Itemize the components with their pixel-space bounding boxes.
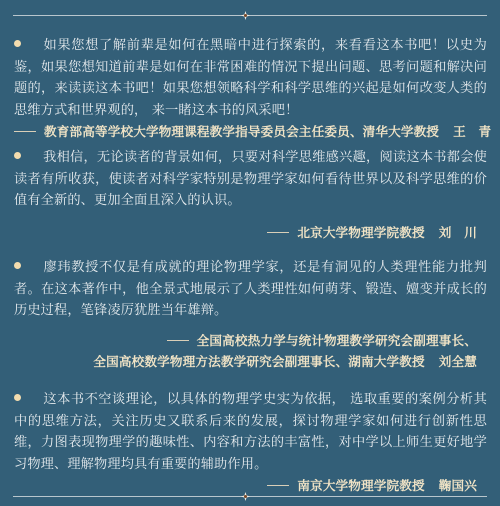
em-dash-line bbox=[167, 340, 189, 341]
author-name: 刘 川 bbox=[439, 225, 477, 240]
author-name: 王 青 bbox=[453, 124, 491, 139]
testimonial-text: 廖玮教授不仅是有成就的理论物理学家，还是有洞见的人类理性能力批判者。在这本著作中… bbox=[14, 257, 487, 322]
testimonial-3: 廖玮教授不仅是有成就的理论物理学家，还是有洞见的人类理性能力批判者。在这本著作中… bbox=[14, 257, 487, 372]
em-dash-line bbox=[267, 485, 289, 486]
author-title-line-1: 全国高校热力学与统计物理教学研究会副理事长、 bbox=[197, 333, 477, 348]
top-divider bbox=[13, 15, 487, 16]
testimonial-1: 如果您想了解前辈是如何在黑暗中进行探索的，来看看这本书吧！以史为鉴，如果您想知道… bbox=[14, 35, 487, 142]
em-dash-line bbox=[267, 232, 289, 233]
bullet-dot-icon bbox=[14, 40, 21, 47]
author-title-line-2: 全国高校数学物理方法教学研究会副理事长、湖南大学教授 bbox=[93, 354, 424, 369]
author-title: 北京大学物理学院教授 bbox=[297, 225, 424, 240]
bullet-dot-icon bbox=[14, 152, 21, 159]
author-title: 南京大学物理学院教授 bbox=[297, 478, 424, 493]
author-name: 鞠国兴 bbox=[439, 478, 477, 493]
testimonial-attribution: 全国高校热力学与统计物理教学研究会副理事长、 bbox=[14, 330, 487, 351]
testimonial-text: 这本书不空谈理论，以具体的物理学史实为依据， 选取重要的案例分析其中的思维方法，… bbox=[14, 389, 487, 475]
em-dash-line bbox=[14, 131, 36, 132]
testimonial-attribution-line-2: 全国高校数学物理方法教学研究会副理事长、湖南大学教授刘全慧 bbox=[14, 351, 487, 372]
star-ornament-icon bbox=[241, 492, 250, 501]
testimonial-attribution: 北京大学物理学院教授刘 川 bbox=[14, 222, 487, 243]
bottom-divider bbox=[13, 496, 487, 497]
testimonial-2: 我相信，无论读者的背景如何，只要对科学思维感兴趣，阅读这本书都会使读者有所收获，… bbox=[14, 147, 487, 243]
author-name: 刘全慧 bbox=[439, 354, 477, 369]
bullet-dot-icon bbox=[14, 262, 21, 269]
author-title: 教育部高等学校大学物理课程教学指导委员会主任委员、清华大学教授 bbox=[44, 124, 439, 139]
testimonial-4: 这本书不空谈理论，以具体的物理学史实为依据， 选取重要的案例分析其中的思维方法，… bbox=[14, 389, 487, 496]
star-ornament-icon bbox=[241, 11, 250, 20]
testimonial-text: 我相信，无论读者的背景如何，只要对科学思维感兴趣，阅读这本书都会使读者有所收获，… bbox=[14, 147, 487, 212]
testimonial-attribution: 南京大学物理学院教授鞠国兴 bbox=[14, 475, 487, 496]
bullet-dot-icon bbox=[14, 394, 21, 401]
testimonial-text: 如果您想了解前辈是如何在黑暗中进行探索的，来看看这本书吧！以史为鉴，如果您想知道… bbox=[14, 35, 487, 121]
testimonial-attribution: 教育部高等学校大学物理课程教学指导委员会主任委员、清华大学教授王 青 bbox=[14, 121, 487, 142]
